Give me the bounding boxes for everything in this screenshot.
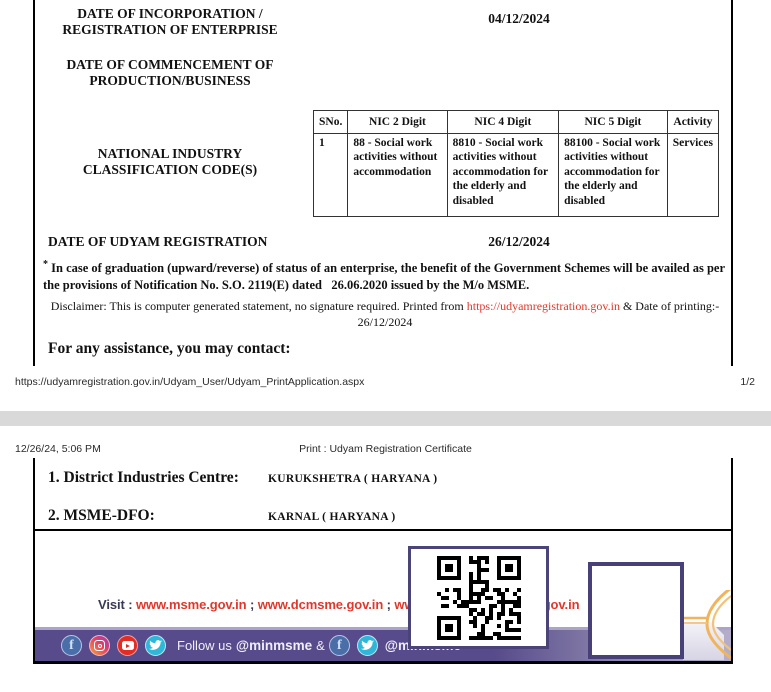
section-divider	[35, 529, 731, 531]
assistance-heading: For any assistance, you may contact:	[48, 340, 291, 358]
qr-code	[408, 546, 549, 649]
instagram-icon[interactable]	[89, 635, 110, 656]
nic-col-4digit: NIC 4 Digit	[447, 111, 558, 134]
nic-table: SNo. NIC 2 Digit NIC 4 Digit NIC 5 Digit…	[313, 110, 719, 217]
nic-table-row: 1 88 - Social work activities without ac…	[314, 134, 719, 217]
twitter-icon[interactable]	[145, 635, 166, 656]
print-footer-url: https://udyamregistration.gov.in/Udyam_U…	[15, 376, 364, 388]
udyam-site-link[interactable]: https://udyamregistration.gov.in	[467, 299, 620, 313]
print-footer-page-number: 1/2	[740, 376, 755, 388]
social-handle-1[interactable]: @minmsme	[236, 638, 312, 653]
nic-cell-4digit: 8810 - Social work activities without ac…	[447, 134, 558, 217]
nic-col-5digit: NIC 5 Digit	[559, 111, 668, 134]
page-break-separator	[0, 411, 771, 426]
twitter-icon[interactable]	[357, 635, 378, 656]
nic-cell-5digit: 88100 - Social work activities without a…	[559, 134, 668, 217]
qr-finder-icon	[497, 556, 521, 580]
msme-gov-link[interactable]: www.msme.gov.in	[136, 597, 246, 612]
msme-dfo-value: KARNAL ( HARYANA )	[268, 511, 396, 523]
nic-col-2digit: NIC 2 Digit	[348, 111, 447, 134]
udyam-registration-date-label: DATE OF UDYAM REGISTRATION	[48, 234, 267, 250]
hexagon-decoration-icon	[677, 590, 731, 660]
udyam-registration-date-value: 26/12/2024	[419, 234, 619, 250]
commencement-date-label: DATE OF COMMENCEMENT OF PRODUCTION/BUSIN…	[55, 57, 285, 89]
facebook-icon[interactable]: f	[61, 635, 82, 656]
msme-dfo-label: 2. MSME-DFO:	[48, 507, 155, 525]
printing-date: 26/12/2024	[40, 315, 730, 331]
disclaimer: Disclaimer: This is computer generated s…	[40, 299, 730, 330]
nic-table-header-row: SNo. NIC 2 Digit NIC 4 Digit NIC 5 Digit…	[314, 111, 719, 134]
incorporation-date-value: 04/12/2024	[419, 11, 619, 27]
print-preview: { "colors": { "link_red": "#e0372c", "ba…	[0, 0, 771, 692]
nic-col-activity: Activity	[667, 111, 718, 134]
qr-finder-icon	[437, 556, 461, 580]
nic-cell-sno: 1	[314, 134, 348, 217]
district-industries-centre-value: KURUKSHETRA ( HARYANA )	[268, 473, 437, 485]
nic-col-sno: SNo.	[314, 111, 348, 134]
visit-prefix: Visit :	[98, 597, 136, 612]
qr-finder-icon	[437, 616, 461, 640]
qr-code-pattern	[437, 556, 521, 640]
facebook-icon[interactable]: f	[329, 635, 350, 656]
signature-placeholder-box	[588, 562, 684, 659]
print-header-title: Print : Udyam Registration Certificate	[0, 443, 771, 455]
nic-cell-2digit: 88 - Social work activities without acco…	[348, 134, 447, 217]
follow-us-text: Follow us	[177, 638, 232, 653]
incorporation-date-label: DATE OF INCORPORATION / REGISTRATION OF …	[55, 6, 285, 38]
youtube-icon[interactable]	[117, 635, 138, 656]
graduation-note: * In case of graduation (upward/reverse)…	[43, 258, 725, 293]
district-industries-centre-label: 1. District Industries Centre:	[48, 469, 239, 487]
nic-cell-activity: Services	[667, 134, 718, 217]
certificate-page-2: 1. District Industries Centre: KURUKSHET…	[33, 458, 733, 664]
nic-label: NATIONAL INDUSTRY CLASSIFICATION CODE(S)	[55, 146, 285, 178]
ampersand-text: &	[316, 638, 325, 653]
dcmsme-gov-link[interactable]: www.dcmsme.gov.in	[258, 597, 383, 612]
certificate-page-1: DATE OF INCORPORATION / REGISTRATION OF …	[33, 0, 733, 366]
